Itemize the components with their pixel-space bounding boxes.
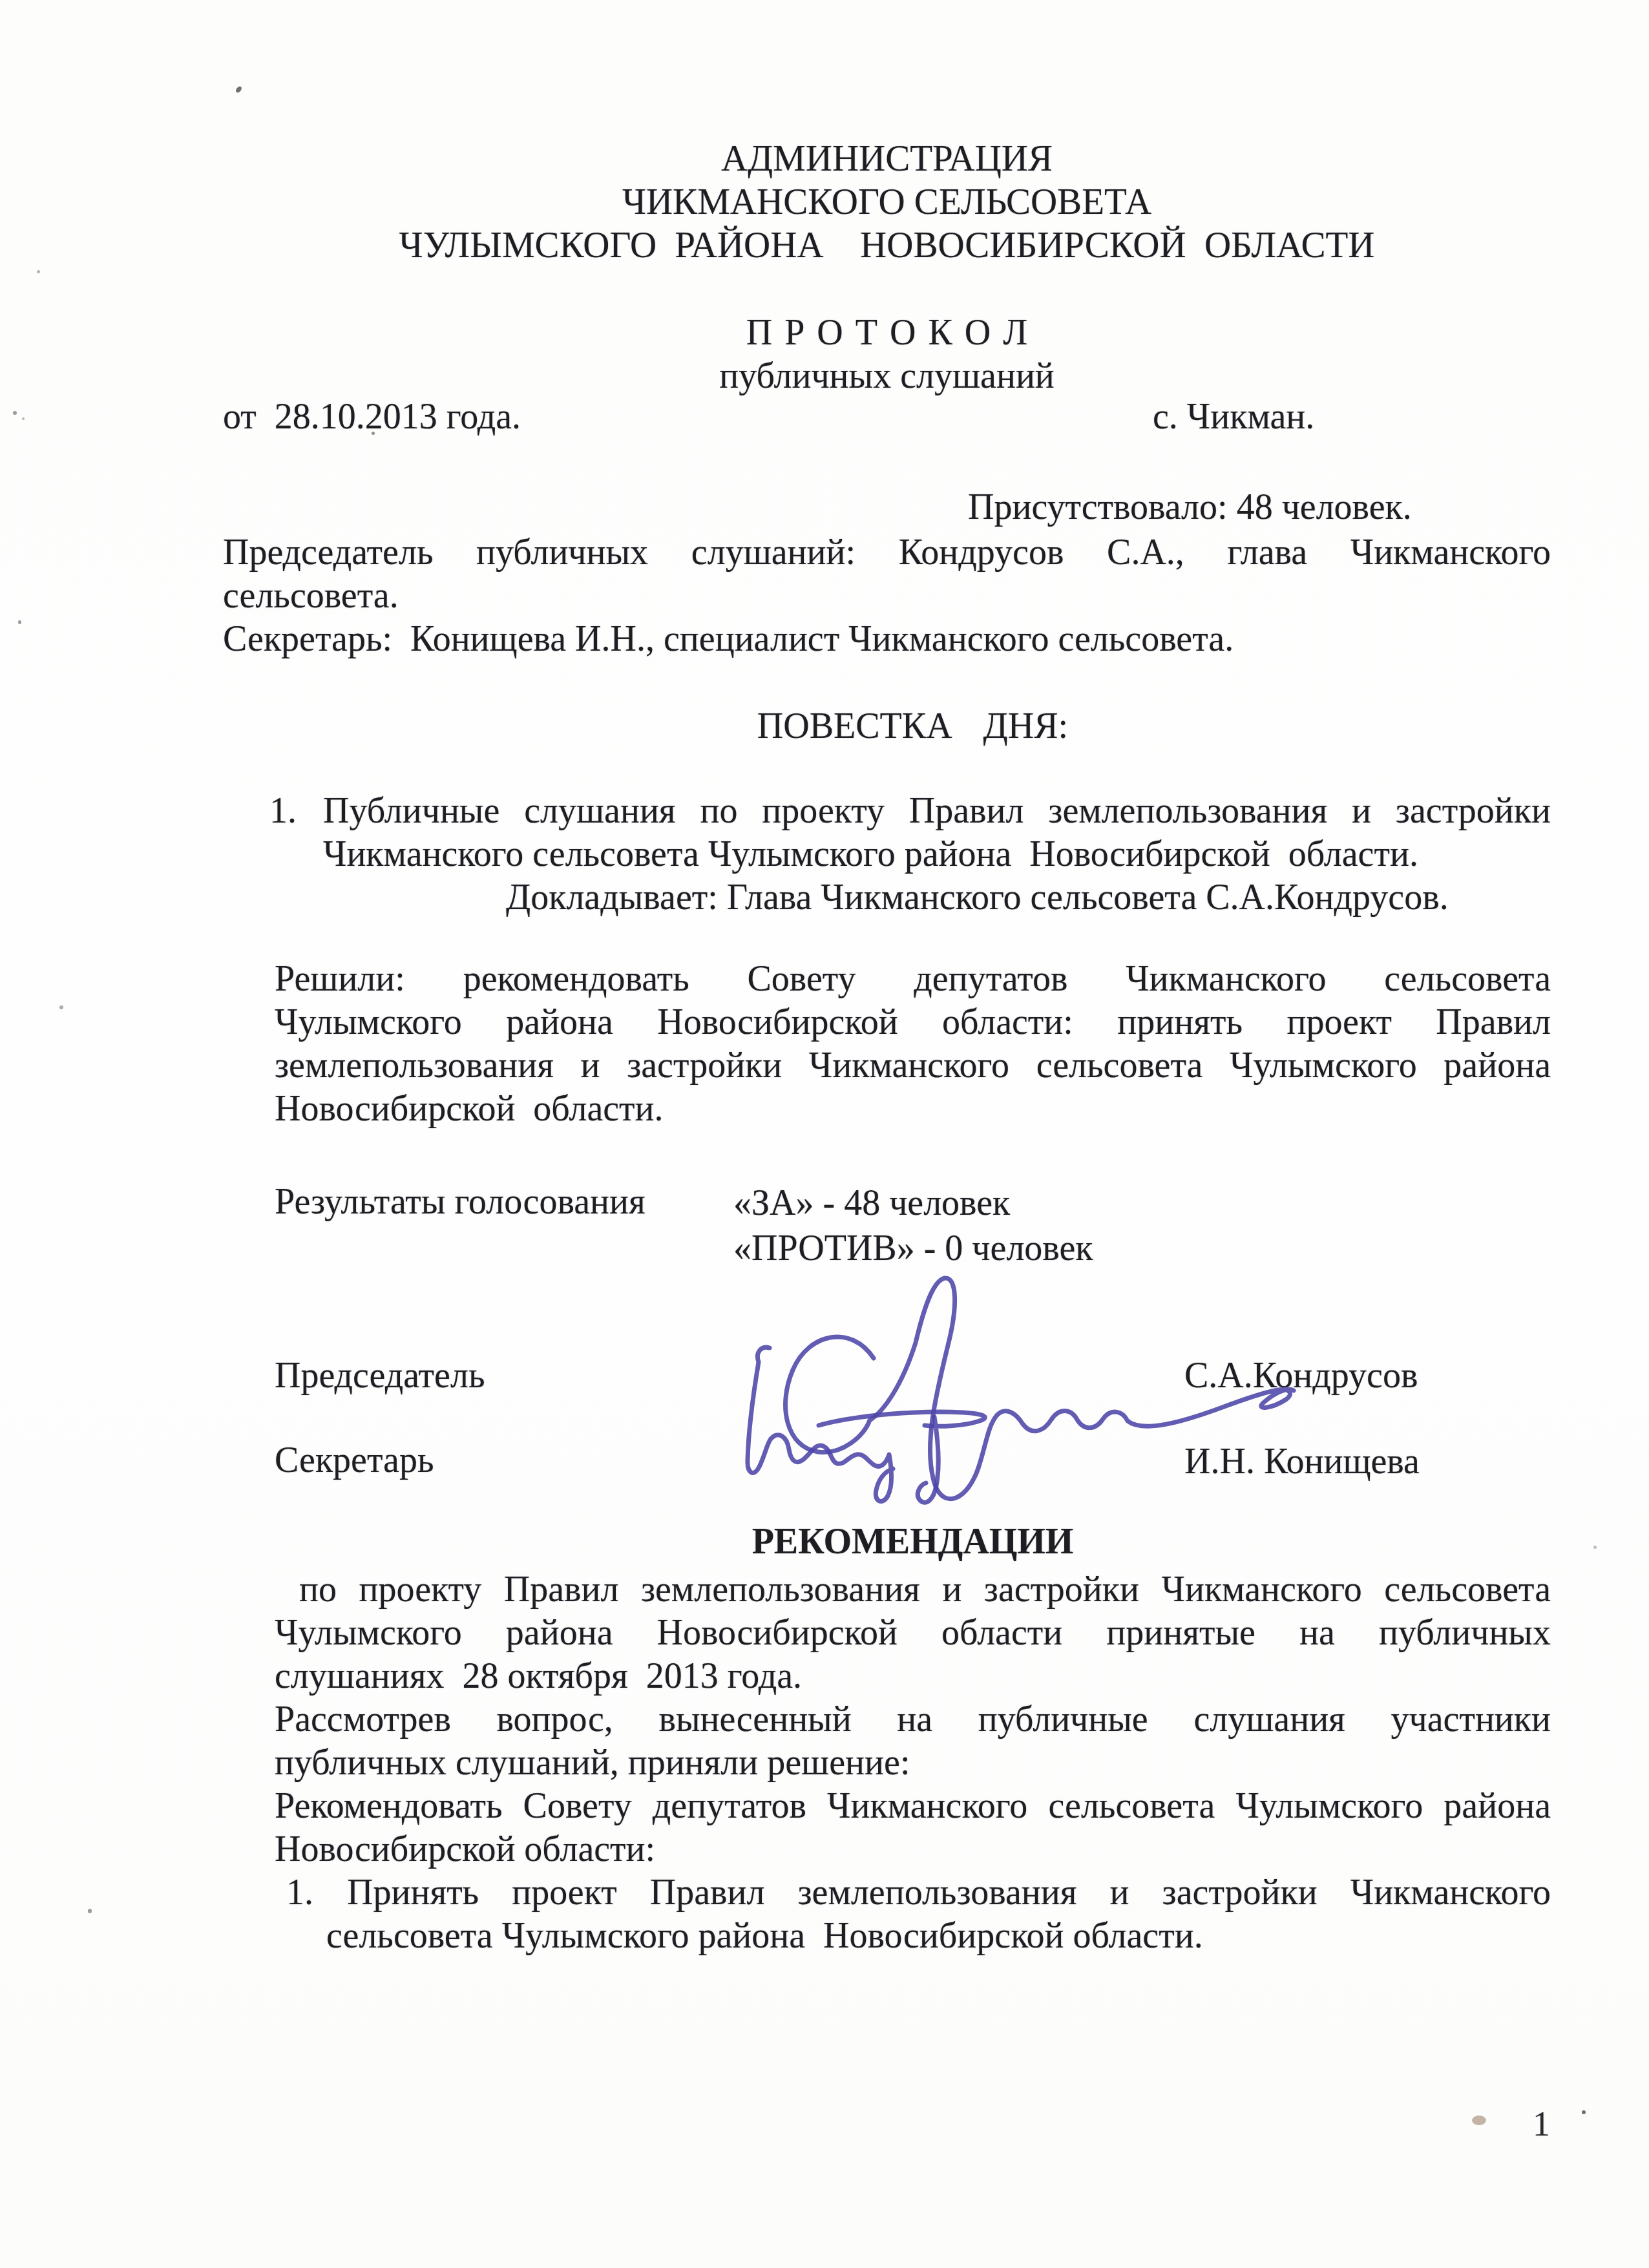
recommendations-line-5: публичных слушаний, приняли решение: [275,1741,1551,1785]
doc-title: П Р О Т О К О Л [223,311,1551,355]
scan-speck [1582,2110,1586,2114]
org-name-line-3: ЧУЛЫМСКОГО РАЙОНА НОВОСИБИРСКОЙ ОБЛАСТИ [223,224,1551,267]
agenda-item-speaker: Докладывает: Глава Чикманского сельсовет… [275,876,1551,919]
recommendations-line-4: Рассмотрев вопрос, вынесенный на публичн… [275,1698,1551,1741]
chairman-signature-title: Председатель [275,1354,485,1398]
recommendations-item-line-2: сельсовета Чулымского района Новосибирск… [275,1915,1551,1958]
recommendations-line-7: Новосибирской области: [275,1828,1551,1871]
scan-speck [13,411,17,415]
chairman-signature-name: С.А.Кондрусов [1184,1354,1418,1398]
org-header: АДМИНИСТРАЦИЯ ЧИКМАНСКОГО СЕЛЬСОВЕТА ЧУЛ… [223,137,1551,267]
officials-paragraph: Председатель публичных слушаний: Кондрус… [223,531,1551,661]
voting-for: «ЗА» - 48 человек [733,1181,1093,1226]
doc-place: с. Чикман. [1153,395,1314,439]
recommendations-body: по проекту Правил землепользования и зас… [275,1568,1551,1958]
recommendations-item-number: 1. [286,1871,313,1915]
recommendations-item-line-1: Принять проект Правил землепользования и… [275,1871,1551,1915]
scan-speck [59,1005,63,1009]
org-name-line-1: АДМИНИСТРАЦИЯ [223,137,1551,180]
recommendations-heading: РЕКОМЕНДАЦИИ [275,1521,1551,1562]
attendance-line: Присутствовало: 48 человек. [968,486,1412,529]
recommendations-line-6: Рекомендовать Совету депутатов Чикманско… [275,1785,1551,1828]
agenda-item-number: 1. [269,790,297,833]
scan-speck [18,620,21,624]
agenda-item-line-1: Публичные слушания по проекту Правил зем… [275,790,1551,833]
recommendations-line-3: слушаниях 28 октября 2013 года. [275,1655,1551,1698]
recommendations-item-1: 1. Принять проект Правил землепользовани… [275,1871,1551,1958]
resolution-paragraph: Решили: рекомендовать Совету депутатов Ч… [275,958,1551,1131]
scanned-protocol-page: АДМИНИСТРАЦИЯ ЧИКМАНСКОГО СЕЛЬСОВЕТА ЧУЛ… [0,0,1649,2268]
recommendations-line-2: Чулымского района Новосибирской области … [275,1612,1551,1655]
resolution-line-3: землепользования и застройки Чикманского… [275,1044,1551,1087]
voting-against: «ПРОТИВ» - 0 человек [733,1226,1093,1271]
agenda-item-line-2: Чикманского сельсовета Чулымского района… [275,833,1551,876]
resolution-line-2: Чулымского района Новосибирской области:… [275,1001,1551,1044]
secretary-signature-stroke [748,1347,985,1502]
scan-speck [235,85,242,94]
chairman-line-1: Председатель публичных слушаний: Кондрус… [223,531,1551,574]
secretary-handwritten-signature [720,1339,1031,1513]
secretary-signature-name: И.Н. Конищева [1184,1440,1420,1484]
scan-speck [88,1909,92,1913]
doc-title-block: П Р О Т О К О Л публичных слушаний [223,311,1551,398]
org-name-line-2: ЧИКМАНСКОГО СЕЛЬСОВЕТА [223,180,1551,224]
voting-values: «ЗА» - 48 человек «ПРОТИВ» - 0 человек [733,1181,1093,1271]
scan-stain [1472,2116,1486,2125]
agenda-heading: ПОВЕСТКА ДНЯ: [275,706,1551,747]
resolution-line-1: Решили: рекомендовать Совету депутатов Ч… [275,958,1551,1001]
scan-speck [1593,1546,1597,1549]
agenda-item-1: 1. Публичные слушания по проекту Правил … [275,790,1551,919]
page-number: 1 [1533,2104,1550,2144]
recommendations-line-1: по проекту Правил землепользования и зас… [275,1568,1551,1612]
scan-speck [22,417,25,420]
resolution-line-4: Новосибирской области. [275,1087,1551,1131]
scan-speck [37,270,40,273]
doc-subtitle: публичных слушаний [223,355,1551,398]
scan-speck [372,432,375,435]
secretary-line: Секретарь: Конищева И.Н., специалист Чик… [223,618,1551,661]
secretary-signature-title: Секретарь [275,1439,434,1482]
chairman-line-2: сельсовета. [223,574,1551,618]
voting-label: Результаты голосования [275,1181,646,1224]
